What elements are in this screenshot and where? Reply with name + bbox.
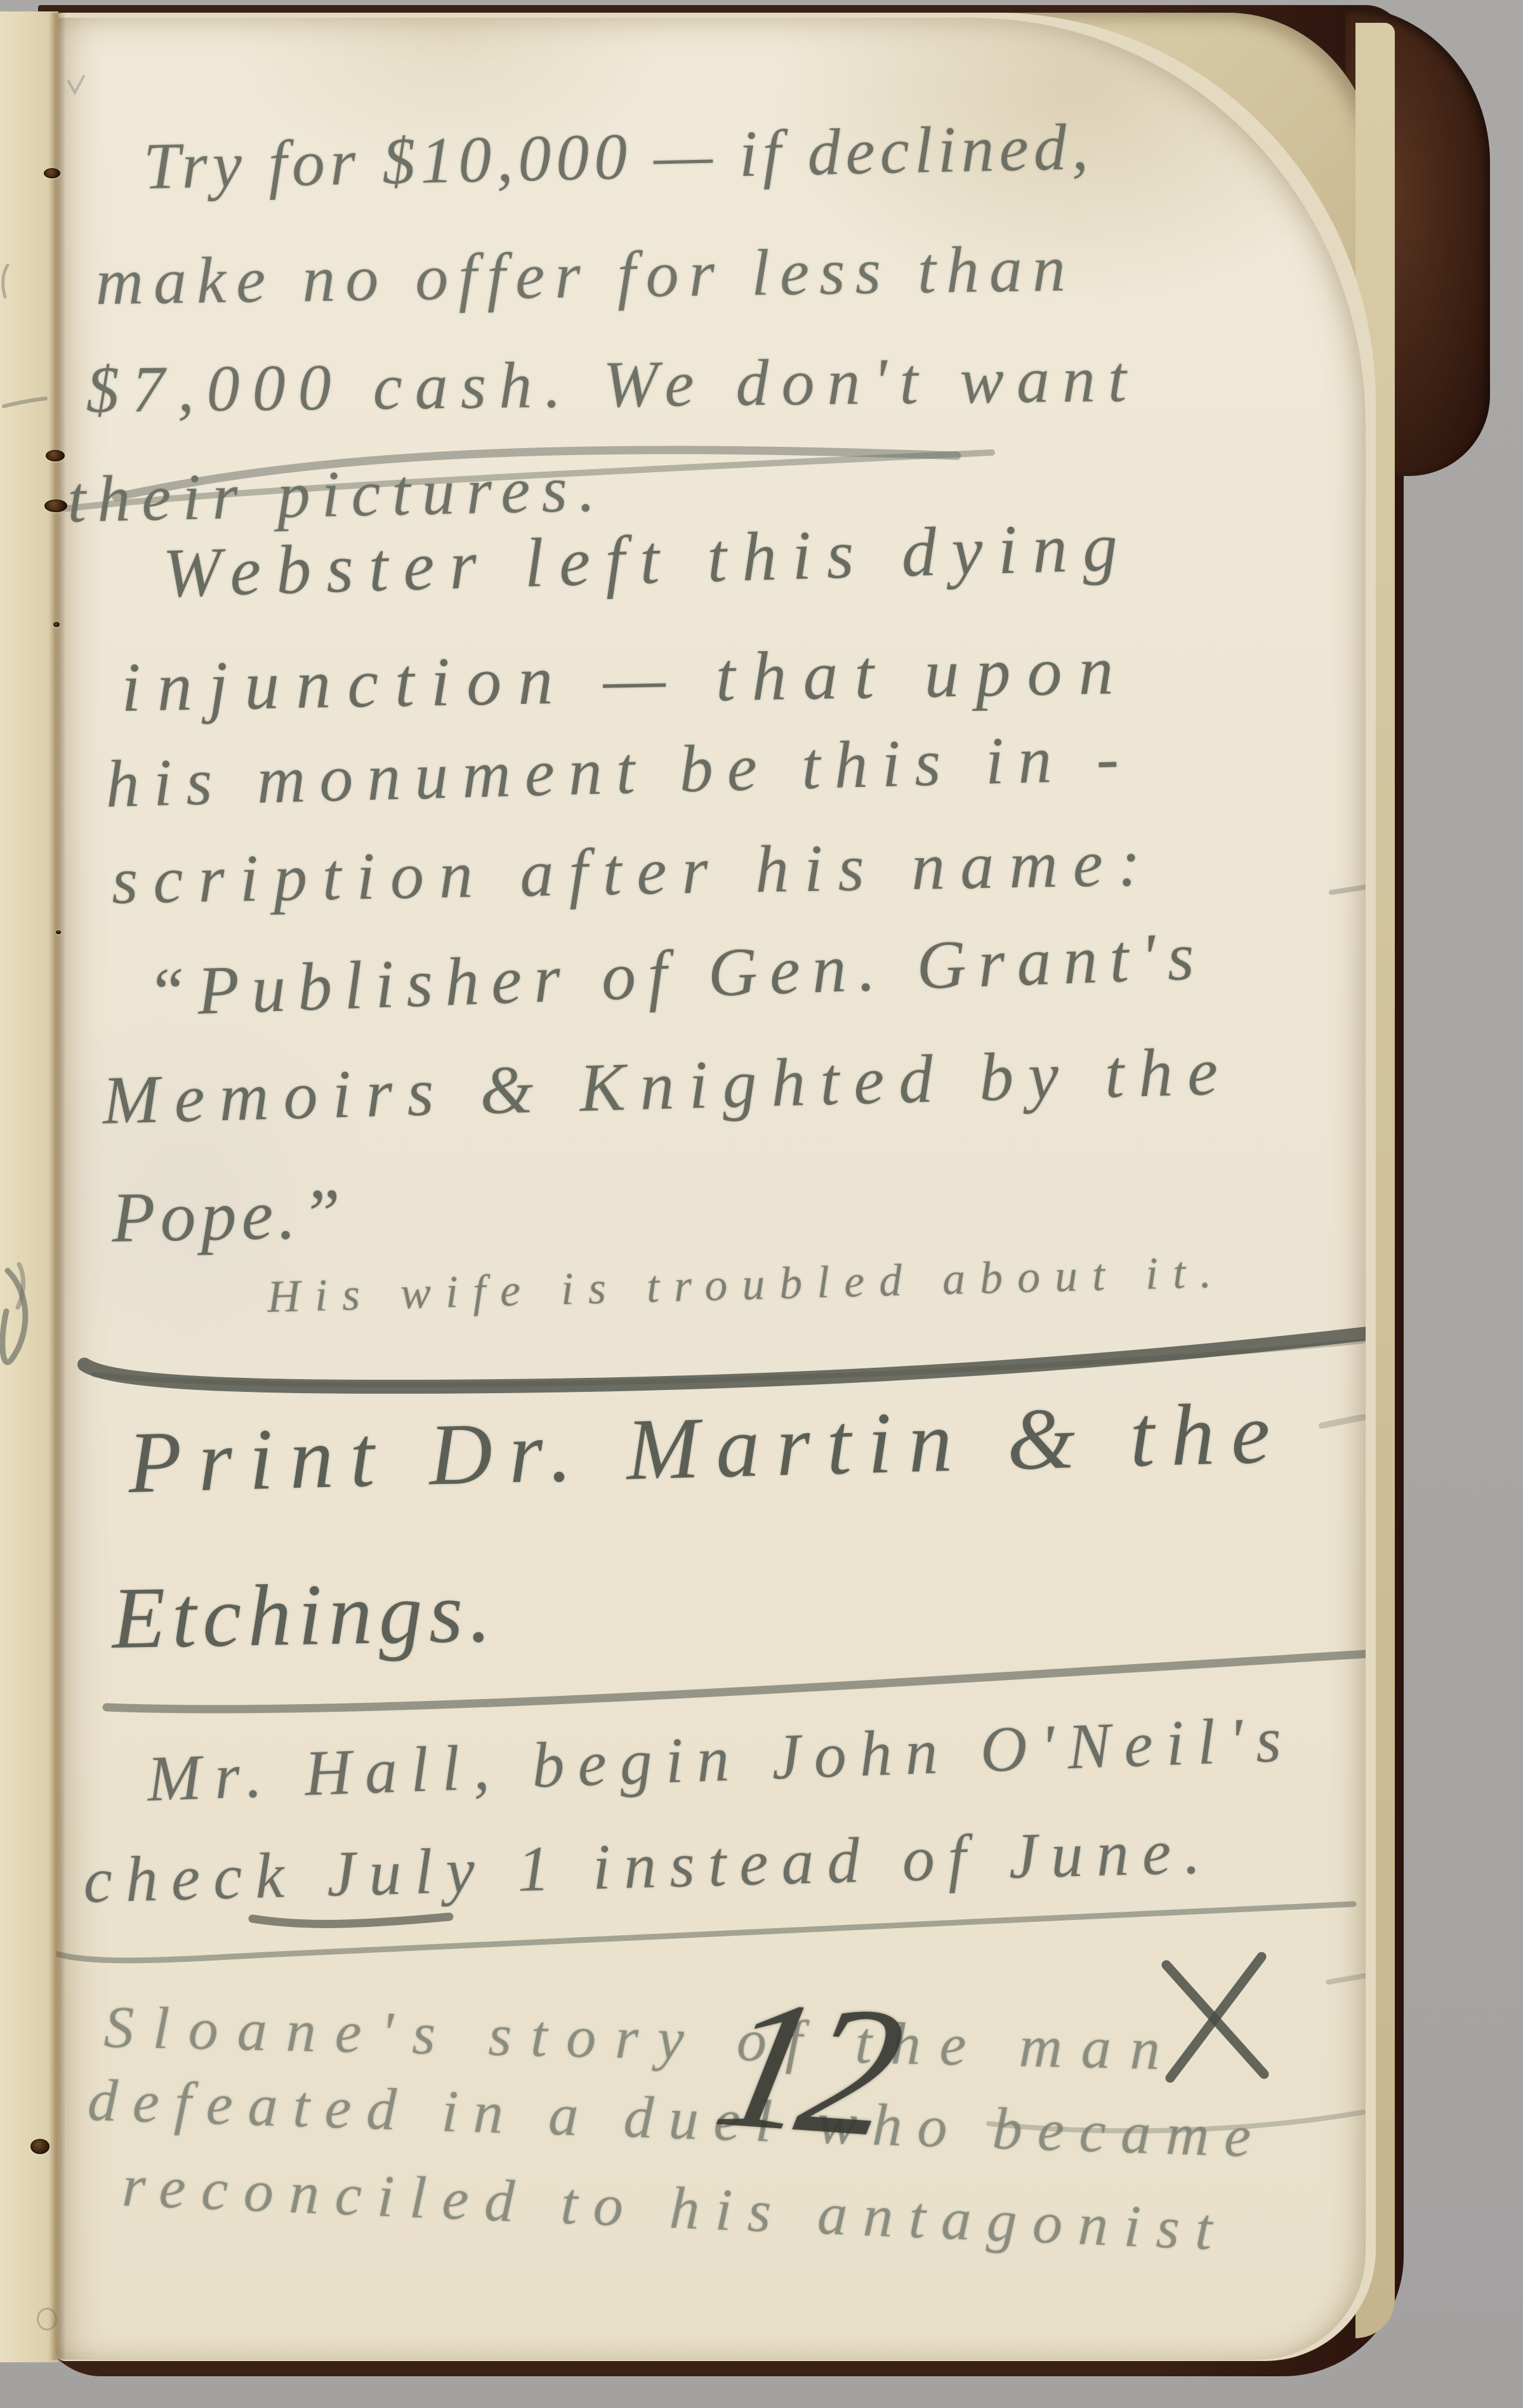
photograph-background: { "page": { "description": "Handwritten … [0, 0, 1523, 2408]
pencil-divider-middle [107, 1654, 1366, 1709]
pencil-fragment [3, 265, 8, 297]
pencil-strike-tail [989, 2112, 1363, 2131]
pencil-edge-smudge [1331, 887, 1364, 892]
pencil-divider-lower [56, 1904, 1354, 1961]
pencil-edge-smudge [1328, 1976, 1364, 1982]
notebook-page: Try for $10,000 — if declined, make no o… [56, 18, 1366, 2360]
left-edge-fragments-layer [0, 0, 76, 2408]
pencil-fragment [4, 399, 46, 406]
pencil-edge-smudge [1322, 1417, 1363, 1426]
pencil-marks-layer [56, 18, 1366, 2360]
pencil-underline-july [253, 1917, 449, 1924]
